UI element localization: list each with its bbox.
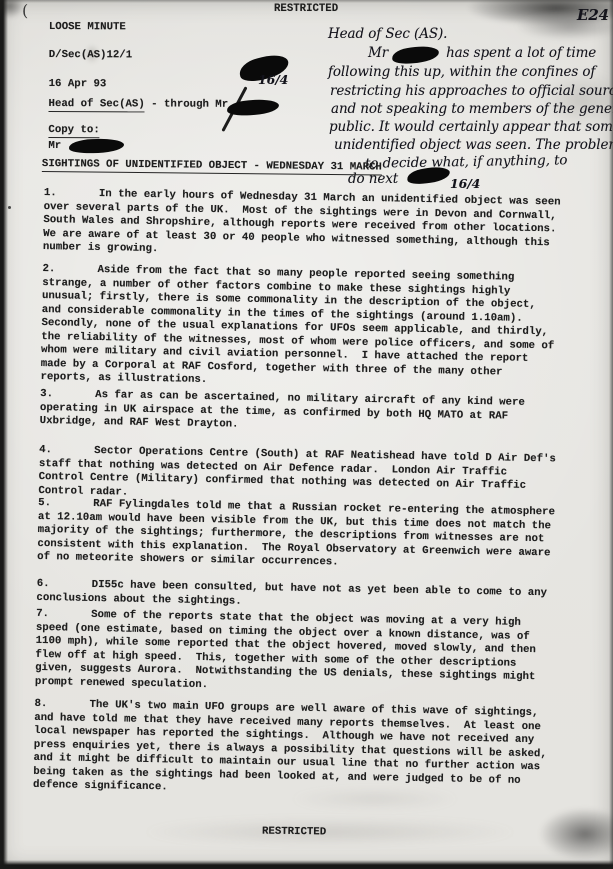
note-opening-pre: Mr	[368, 45, 388, 61]
paragraph-text: As far as can be ascertained, no militar…	[40, 388, 576, 438]
document-body: 1. In the early hours of Wednesday 31 Ma…	[44, 187, 589, 197]
paragraph-5: 5. RAF Fylingdales told me that a Russia…	[37, 497, 573, 574]
corner-reference-handwritten: E24	[577, 6, 609, 24]
paragraph-number: 6.	[37, 578, 50, 592]
note-date-annotation: 16/4	[450, 176, 480, 191]
paragraph-text: The UK's two main UFO groups are well aw…	[33, 698, 570, 802]
redaction-mark-copy-name	[69, 138, 124, 154]
note-line: following this up, within the confines o…	[328, 64, 595, 80]
paragraph-text: Aside from the fact that so many people …	[40, 263, 577, 394]
note-salutation: Head of Sec (AS).	[328, 26, 447, 42]
classification-bottom: RESTRICTED	[262, 826, 326, 840]
copy-to-name: Mr	[48, 140, 61, 154]
copy-to-label: Copy to:	[48, 124, 99, 138]
note-line: unidentified object was seen. The proble…	[334, 137, 613, 153]
redaction-mark-through-name	[227, 98, 280, 117]
paragraph-number: 4.	[39, 444, 52, 458]
paragraph-2: 2. Aside from the fact that so many peop…	[40, 263, 577, 394]
addressee: Head of Sec(AS)	[49, 98, 145, 112]
scan-edge-bottom	[0, 860, 613, 869]
routing-date-annotation: 16/4	[258, 72, 288, 87]
paragraph-text: Some of the reports state that the objec…	[35, 608, 571, 699]
paragraph-text: RAF Fylingdales told me that a Russian r…	[37, 497, 573, 574]
paragraph-text: In the early hours of Wednesday 31 March…	[43, 187, 579, 264]
paragraph-8: 8. The UK's two main UFO groups are well…	[33, 698, 570, 802]
scan-edge-left	[0, 0, 8, 869]
document-title: SIGHTINGS OF UNIDENTIFIED OBJECT - WEDNE…	[42, 158, 382, 175]
paragraph-number: 7.	[36, 608, 49, 622]
paragraph-1: 1. In the early hours of Wednesday 31 Ma…	[43, 187, 579, 264]
paragraph-number: 1.	[44, 187, 57, 201]
doc-date: 16 Apr 93	[49, 78, 107, 92]
addressee-line: Head of Sec(AS) - through Mr	[49, 98, 229, 112]
paragraph-3: 3. As far as can be ascertained, no mili…	[40, 388, 576, 438]
note-line: restricting his approaches to official s…	[330, 83, 613, 99]
paragraph-number: 2.	[42, 263, 55, 277]
doc-type-label: LOOSE MINUTE	[49, 21, 126, 35]
paragraph-number: 8.	[34, 698, 47, 712]
paragraph-7: 7. Some of the reports state that the ob…	[35, 608, 571, 699]
paragraph-number: 3.	[40, 388, 53, 402]
scan-smudge-top-left	[0, 0, 24, 18]
copy-to-line: Copy to:	[48, 124, 99, 138]
paragraph-number: 5.	[38, 497, 51, 511]
doc-reference: D/Sec(AS)12/1	[49, 49, 132, 63]
document-title-text: SIGHTINGS OF UNIDENTIFIED OBJECT - WEDNE…	[42, 158, 382, 176]
classification-top: RESTRICTED	[274, 3, 338, 17]
note-line: to decide what, if anything, to	[365, 152, 568, 172]
note-opening-post: has spent a lot of time	[446, 45, 596, 61]
note-line: and not speaking to members of the gener…	[331, 101, 613, 117]
note-line: public. It would certainly appear that s…	[329, 119, 613, 135]
routing-text: - through Mr	[145, 98, 228, 110]
scanned-document-page: RESTRICTED E24 ( LOOSE MINUTE D/Sec(AS)1…	[0, 0, 613, 869]
scan-smudge-bottom	[140, 818, 520, 846]
pen-mark: (	[22, 1, 28, 20]
scan-speck	[8, 206, 11, 209]
scan-smudge-bottom-right	[540, 808, 613, 860]
